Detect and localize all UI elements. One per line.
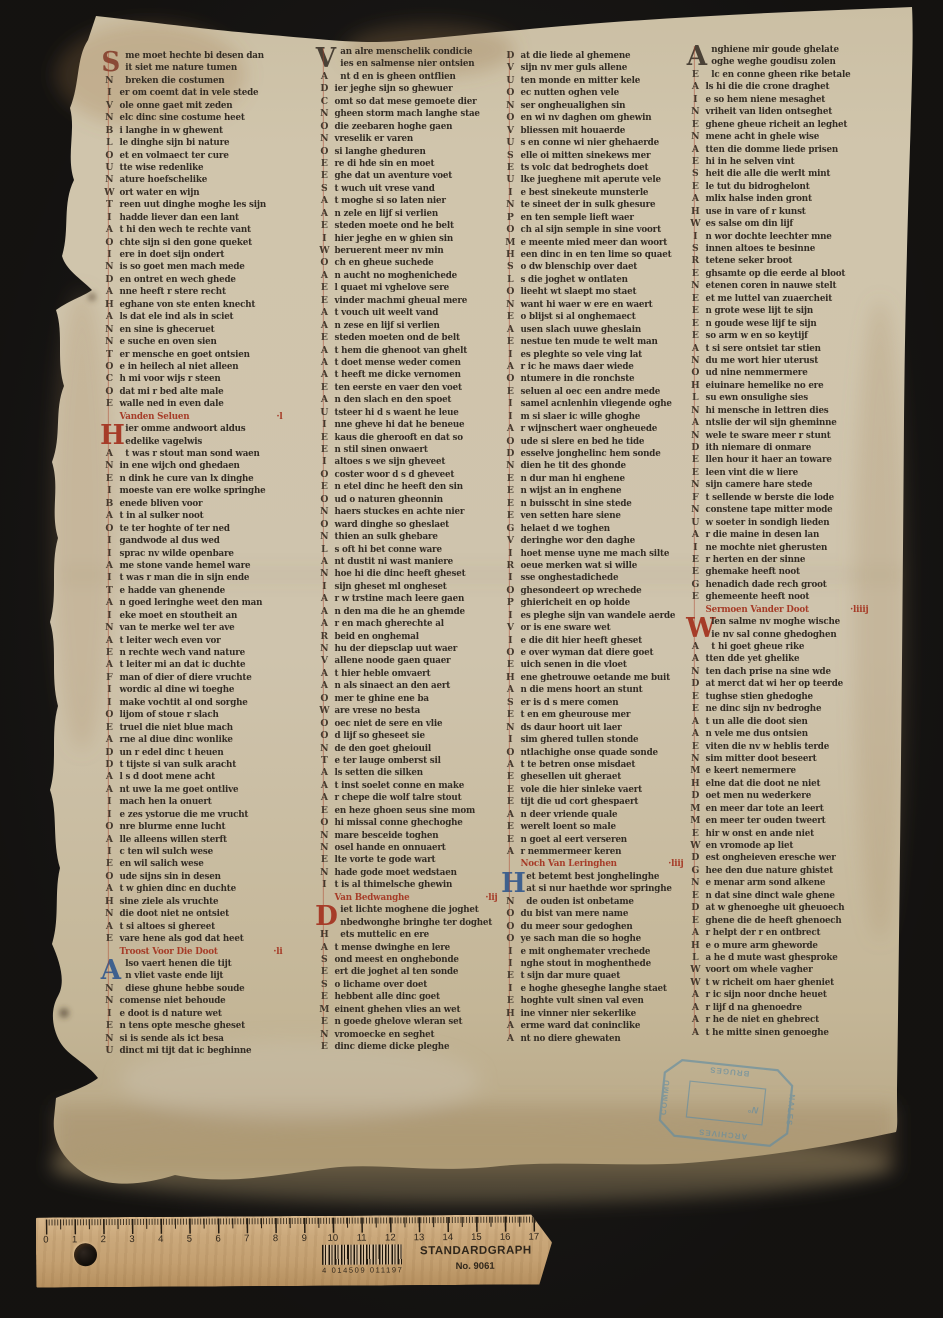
margin-capital: a [689, 193, 702, 205]
margin-capital: c [318, 96, 331, 108]
margin-capital: m [504, 237, 517, 249]
margin-capital: e [318, 805, 331, 817]
ruler-number-3: 3 [129, 1234, 134, 1245]
margin-capital: i [103, 87, 116, 99]
verse-line: an vele me dus ontsien [689, 728, 887, 740]
margin-capital: a [318, 320, 331, 332]
margin-capital: l [318, 544, 331, 556]
margin-capital: i [504, 411, 517, 423]
verse-line: in wor dochte leechter mne [689, 231, 887, 243]
verse-line: nds daur hoort uit laer [504, 722, 702, 734]
verse-line: p ghiericheit en op hoide [504, 597, 702, 609]
margin-capital: e [103, 858, 116, 870]
verse-line: dest ongheieven eresche wer [689, 852, 887, 864]
margin-capital: e [318, 382, 331, 394]
margin-capital: e [689, 467, 702, 479]
verse-line: wt w richeit om haer gheniet [689, 977, 887, 989]
verse-line: ets volc dat bedroghets doet [504, 162, 702, 174]
margin-capital: n [103, 75, 116, 87]
margin-capital: a [318, 792, 331, 804]
verse-line: n is so goet men mach mede [103, 261, 301, 273]
verse-line: e tughse stien ghedoghe [689, 691, 887, 703]
verse-line: als hi die die crone draghet [689, 81, 887, 93]
margin-capital: a [504, 846, 517, 858]
margin-capital: b [103, 125, 116, 137]
margin-capital: w [689, 964, 702, 976]
verse-line: uw soeter in sondigh lieden [689, 517, 887, 529]
verse-line: isse onghestadichede [504, 572, 702, 584]
verse-line: ghee den due nature ghistet [689, 865, 887, 877]
verse-line: ar chepe die wolf talre stout [318, 792, 516, 804]
margin-capital: d [689, 852, 702, 864]
verse-line: ine mochte niet gherusten [689, 542, 887, 554]
margin-capital: i [504, 187, 517, 199]
ruler-number-2: 2 [101, 1234, 106, 1245]
verse-line: at mense dwinghe en lere [318, 942, 516, 954]
margin-capital: a [318, 780, 331, 792]
margin-capital: e [504, 970, 517, 982]
ruler-model-number: No. 9061 [420, 1261, 530, 1273]
margin-capital: n [504, 100, 517, 112]
margin-capital: m [318, 1004, 331, 1016]
margin-capital: a [103, 448, 116, 460]
margin-capital: h [689, 778, 702, 790]
margin-capital: i [689, 94, 702, 106]
margin-capital: a [318, 942, 331, 954]
verse-line: e viten die nv w heblis terde [689, 741, 887, 753]
margin-capital: e [504, 709, 517, 721]
verse-line: ausen slach uuwe gheslain [504, 324, 702, 336]
margin-capital: e [689, 554, 702, 566]
verse-line: la he d mute wast ghesproke [689, 952, 887, 964]
margin-capital: a [689, 1002, 702, 1014]
ruler-number-15: 15 [471, 1232, 482, 1243]
margin-capital: e [103, 473, 116, 485]
verse-line: at hier heble omvaert [318, 668, 516, 680]
verse-line: wes salse om din lijf [689, 218, 887, 230]
margin-capital: o [504, 87, 517, 99]
margin-capital: n [318, 133, 331, 145]
verse-line: ies pleghte so vele ving lat [504, 349, 702, 361]
verse-line: at in al sulker noot [103, 510, 301, 522]
chapter-rubric: Troost voor die doot·li [103, 946, 282, 958]
verse-line: aerme ward dat coninclike [504, 1020, 702, 1032]
verse-line: e en heze ghoen seus sine mom [318, 805, 516, 817]
margin-capital: e [689, 330, 702, 342]
margin-capital: h [504, 1008, 517, 1020]
margin-capital: a [689, 728, 702, 740]
verse-line: v sijn nv mer guls allene [504, 62, 702, 74]
verse-line: oud o naturen gheonnin [318, 494, 516, 506]
verse-line: an die mens hoort an stunt [504, 684, 702, 696]
margin-capital: u [504, 75, 517, 87]
verse-line: edelike vagelwis [103, 436, 301, 448]
margin-capital: n [504, 896, 517, 908]
ruler-number-8: 8 [273, 1233, 278, 1244]
verse-line: i wordic al dine wi toeghe [103, 684, 301, 696]
margin-capital: i [318, 581, 331, 593]
margin-capital: e [504, 311, 517, 323]
margin-capital: e [318, 432, 331, 444]
margin-capital: e [689, 318, 702, 330]
verse-line: comt so dat mese gemoete dier [318, 96, 516, 108]
verse-line: an deer vriende quale [504, 809, 702, 821]
verse-line: desselve jonghelinc hem sonde [504, 448, 702, 460]
verse-line: e ghene die de heeft ghenoech [689, 915, 887, 927]
margin-capital: n [689, 280, 702, 292]
margin-capital: d [318, 83, 331, 95]
verse-line: euich senen in die vloet [504, 659, 702, 671]
margin-capital: a [504, 324, 517, 336]
verse-line: ls die joghet w ontlaten [504, 274, 702, 286]
verse-line: ieke moet en stoutheit an [103, 610, 301, 622]
verse-line: at hem die ghenoot van ghelt [318, 345, 516, 357]
margin-capital: n [504, 460, 517, 472]
margin-capital: n [318, 643, 331, 655]
margin-capital: i [504, 548, 517, 560]
verse-line: et en em gheurouse mer [504, 709, 702, 721]
verse-line: hene ghetrouwe oetande me buit [504, 672, 702, 684]
margin-capital: a [689, 653, 702, 665]
verse-line: n comense niet behoude [103, 995, 301, 1007]
margin-capital: l [103, 137, 116, 149]
verse-line: och al sijn semple in sine voort [504, 224, 702, 236]
margin-capital: r [689, 255, 702, 267]
margin-capital: a [318, 208, 331, 220]
chapter-rubric: Vanden seluen·l [103, 411, 282, 423]
margin-capital: o [103, 709, 116, 721]
margin-capital: n [689, 877, 702, 889]
verse-line: e ghemake heeft noot [689, 566, 887, 578]
margin-capital: n [689, 355, 702, 367]
verse-line: e dinc dieme dicke pleghe [318, 1041, 516, 1053]
margin-capital: o [103, 237, 116, 249]
margin-capital: e [318, 170, 331, 182]
margin-capital: n [103, 460, 116, 472]
verse-line: ter mensche en goet ontsien [103, 349, 301, 361]
verse-line: nosel hande en onnuaert [318, 842, 516, 854]
verse-line: iet lichte moghene die joghet [318, 904, 516, 916]
verse-line: e werelt loent so male [504, 821, 702, 833]
verse-line: at he mitte sinen genoeghe [689, 1027, 887, 1039]
margin-capital: a [103, 883, 116, 895]
margin-capital: d [689, 790, 702, 802]
verse-line: te hadde van ghenende [103, 585, 301, 597]
margin-capital: a [103, 560, 116, 572]
text-column-1: Sme moet hechte bi desen danit siet me n… [103, 50, 301, 1057]
margin-capital: a [689, 144, 702, 156]
verse-line: at un alle die doot sien [689, 716, 887, 728]
margin-capital: n [318, 506, 331, 518]
verse-line: en tens opte mesche gheset [103, 1020, 301, 1032]
verse-line: an den slach en den spoet [318, 394, 516, 406]
verse-line: at inst soelet conne en make [318, 780, 516, 792]
verse-line: it siet me nature tumen [103, 62, 301, 74]
verse-line: e vare hene als god dat heet [103, 933, 301, 945]
margin-capital: o [318, 494, 331, 506]
margin-capital: i [103, 249, 116, 261]
margin-capital: t [318, 755, 331, 767]
margin-capital: n [103, 336, 116, 348]
verse-line: en grote wese lijt te sijn [689, 305, 887, 317]
verse-line: ghelaet d we toghen [504, 523, 702, 535]
verse-line: vor is ene sware wet [504, 622, 702, 634]
verse-line: dun r edel dinc t heuen [103, 747, 301, 759]
margin-capital: g [689, 865, 702, 877]
margin-capital: f [689, 492, 702, 504]
verse-line: n vromoecke en seghet [318, 1029, 516, 1041]
margin-capital: e [689, 915, 702, 927]
verse-line: e tijt die ud cort ghespaert [504, 796, 702, 808]
verse-line: n constene tape mitter mode [689, 504, 887, 516]
margin-capital: o [103, 150, 116, 162]
margin-capital: i [103, 697, 116, 709]
verse-line: te ter lauge omberst sil [318, 755, 516, 767]
verse-line: ar ic he maws daer wiede [504, 361, 702, 373]
verse-line: ontlachighe onse quade sonde [504, 747, 702, 759]
verse-line: r tetene seker broot [689, 255, 887, 267]
margin-capital: n [103, 622, 116, 634]
margin-capital: i [689, 231, 702, 243]
margin-capital: e [689, 268, 702, 280]
margin-capital: l [504, 274, 517, 286]
verse-line: huse in vare of r kunst [689, 206, 887, 218]
margin-capital: o [504, 436, 517, 448]
verse-line: n etenen coren in nauwe stelt [689, 280, 887, 292]
margin-capital: a [318, 668, 331, 680]
margin-capital: e [318, 158, 331, 170]
margin-capital: a [504, 1020, 517, 1032]
margin-capital: o [504, 286, 517, 298]
verse-line: at leiter wech even vor [103, 635, 301, 647]
verse-line: ar wijnschert waer ongheuede [504, 423, 702, 435]
margin-capital: i [103, 572, 116, 584]
margin-capital: a [103, 771, 116, 783]
margin-capital: t [103, 199, 116, 211]
margin-capital: e [504, 821, 517, 833]
text-column-4: Anghiene mir goude ghelateoghe weghe gou… [689, 44, 887, 1039]
margin-capital: i [103, 684, 116, 696]
margin-capital: e [504, 771, 517, 783]
verse-line: n vreselik er varen [318, 133, 516, 145]
verse-line: utsteer hi d s waent he leue [318, 407, 516, 419]
margin-capital: w [318, 245, 331, 257]
margin-capital: d [689, 442, 702, 454]
margin-capital: a [103, 224, 116, 236]
margin-capital: i [103, 796, 116, 808]
margin-capital: p [504, 597, 517, 609]
margin-capital: u [103, 1045, 116, 1057]
verse-line: ar he de niet en ghebrect [689, 1014, 887, 1026]
verse-line: st wuch uit vrese vand [318, 183, 516, 195]
verse-line: ellen hour it haer an toware [689, 454, 887, 466]
margin-capital: o [103, 871, 116, 883]
margin-capital: a [504, 1033, 517, 1045]
verse-line: i mach hen la onuert [103, 796, 301, 808]
text-column-3: dat die liede al ghemenev sijn nv mer gu… [504, 50, 702, 1045]
verse-line: n hu der diepsclap uut waer [318, 643, 516, 655]
verse-line: ne suche en oven sien [103, 336, 301, 348]
margin-capital: e [504, 796, 517, 808]
verse-line: at doet mense weder comen [318, 357, 516, 369]
verse-line: v bliessen mit houaerde [504, 125, 702, 137]
verse-line: e hi in he selven vint [689, 156, 887, 168]
verse-line: e so arm w en so keytijf [689, 330, 887, 342]
margin-capital: o [318, 469, 331, 481]
verse-line: atten dde yet ghelike [689, 653, 887, 665]
verse-line: ene dinc sijn nv bedroghe [689, 703, 887, 715]
margin-capital: a [504, 361, 517, 373]
verse-line: oude sijns sin in desen [103, 871, 301, 883]
margin-capital: i [504, 635, 517, 647]
verse-line: oude si slere en bed he tide [504, 436, 702, 448]
margin-capital: n [689, 504, 702, 516]
verse-line: n du me wort hier uterust [689, 355, 887, 367]
verse-line: p en ten semple lieft waer [504, 212, 702, 224]
ruler-number-12: 12 [385, 1232, 396, 1243]
margin-capital: d [103, 274, 116, 286]
margin-capital: a [318, 71, 331, 83]
margin-capital: n [318, 867, 331, 879]
margin-capital: o [504, 933, 517, 945]
verse-line: ulke jueghene mit aperute vele [504, 174, 702, 186]
margin-capital: i [103, 846, 116, 858]
verse-line: u dinct mi tijt dat ic beghinne [103, 1045, 301, 1057]
margin-capital: n [318, 568, 331, 580]
margin-capital: e [318, 1016, 331, 1028]
verse-line: el quaet mi vghelove sere [318, 282, 516, 294]
margin-capital: e [689, 566, 702, 578]
margin-capital: a [689, 641, 702, 653]
verse-line: ar die maine in desen lan [689, 529, 887, 541]
margin-capital: m [689, 765, 702, 777]
margin-capital: n [103, 174, 116, 186]
verse-line: sinnen altoes te besinne [689, 243, 887, 255]
verse-line: eet me luttel van zuaercheit [689, 293, 887, 305]
verse-line: i sprac nv wilde openbare [103, 548, 301, 560]
verse-line: o si langhe gheduren [318, 146, 516, 158]
margin-capital: a [318, 270, 331, 282]
verse-line: at leiter mi an dat ic duchte [103, 659, 301, 671]
margin-capital: e [504, 510, 517, 522]
margin-capital: d [504, 448, 517, 460]
margin-capital: v [318, 655, 331, 667]
margin-capital: e [504, 784, 517, 796]
verse-line: vole onne gaet mit zeden [103, 100, 301, 112]
margin-capital: n [103, 261, 116, 273]
verse-line: oet en volmaect ter cure [103, 150, 301, 162]
verse-line: al s d doot mene acht [103, 771, 301, 783]
margin-capital: o [103, 361, 116, 373]
margin-capital: n [689, 405, 702, 417]
margin-capital: i [318, 879, 331, 891]
margin-capital: i [504, 398, 517, 410]
verse-line: n breken die costumen [103, 75, 301, 87]
margin-capital: e [103, 1020, 116, 1032]
verse-line: et betemt best jonghelinghe [504, 871, 702, 883]
margin-capital: t [103, 585, 116, 597]
margin-capital: i [504, 983, 517, 995]
ruler-number-7: 7 [244, 1233, 249, 1244]
verse-line: at si sere ontsiet tar stien [689, 343, 887, 355]
verse-line: iere in doet sijn ondert [103, 249, 301, 261]
verse-line: een wil salich wese [103, 858, 301, 870]
verse-line: en etel dinc he heeft den sin [318, 481, 516, 493]
verse-line: vallene noode gaen quaer [318, 655, 516, 667]
verse-line: alle alleens willen sterft [103, 834, 301, 846]
ruler: 01234567891011121314151617 4 014509 0111… [36, 1214, 552, 1287]
margin-capital: e [689, 741, 702, 753]
margin-capital: i [318, 233, 331, 245]
margin-capital: a [103, 635, 116, 647]
verse-line: oe over wyman dat diere goet [504, 647, 702, 659]
verse-line: o lieeht wt slaept mo staet [504, 286, 702, 298]
verse-line: ar lijf d na ghenoedre [689, 1002, 887, 1014]
margin-capital: s [318, 183, 331, 195]
verse-line: helne dat die doot ne niet [689, 778, 887, 790]
margin-capital: n [689, 753, 702, 765]
verse-line: an alre menschelik condicie [318, 46, 516, 58]
margin-capital: a [689, 529, 702, 541]
margin-capital: i [504, 946, 517, 958]
margin-capital: n [103, 112, 116, 124]
verse-line: rbeid en onghemal [318, 631, 516, 643]
verse-line: o du bist van mere name [504, 908, 702, 920]
verse-line: at was r stout man sond waen [103, 448, 301, 460]
verse-line: dier jeghe sijn so ghewuer [318, 83, 516, 95]
verse-line: n hoe hi die dinc heeft gheset [318, 568, 516, 580]
margin-capital: n [103, 324, 116, 336]
verse-line: ele tut du bidroghelont [689, 181, 887, 193]
margin-capital: h [504, 249, 517, 261]
verse-line: oghe weghe goudisu zolen [689, 56, 887, 68]
margin-capital: s [318, 979, 331, 991]
verse-line: ls oft hi bet conne ware [318, 544, 516, 556]
margin-capital: a [318, 606, 331, 618]
margin-capital: a [689, 81, 702, 93]
verse-line: n vriheit van liden ontseghet [689, 106, 887, 118]
verse-line: dat w ghenoeghe uit gheuoech [689, 902, 887, 914]
chapter-rubric: Sermoen vander doot·liiij [689, 604, 868, 616]
verse-line: so dw blenschip over daet [504, 261, 702, 273]
verse-line: nghiene mir goude ghelate [689, 44, 887, 56]
ruler-number-13: 13 [414, 1232, 425, 1243]
verse-line: o ghesondeert op wrechede [504, 585, 702, 597]
margin-capital: e [504, 498, 517, 510]
margin-capital: e [318, 444, 331, 456]
margin-capital: o [689, 367, 702, 379]
verse-line: an als sinaect an den aert [318, 680, 516, 692]
verse-line: eo blijst si al onghemaect [504, 311, 702, 323]
verse-line: sond meest en onghebonde [318, 954, 516, 966]
verse-line: at si altoes si ghereet [103, 921, 301, 933]
ruler-number-11: 11 [357, 1233, 367, 1244]
text-column-2: Van alre menschelik condicieies en salme… [318, 46, 516, 1053]
verse-line: als setten die silken [318, 767, 516, 779]
margin-capital: w [689, 218, 702, 230]
verse-line: at vouch uit weelt vand [318, 307, 516, 319]
verse-line: e steden moeten ond de belt [318, 332, 516, 344]
verse-line: n haers stuckes en achte nier [318, 506, 516, 518]
margin-capital: n [504, 722, 517, 734]
verse-line: hets muttelic en ere [318, 929, 516, 941]
verse-line: e seluen al oec een andre mede [504, 386, 702, 398]
ruler-brand: STANDARDGRAPH [420, 1245, 530, 1258]
verse-line: vderinghe wor den daghe [504, 535, 702, 547]
ruler-number-14: 14 [442, 1232, 453, 1243]
barcode-digits: 4 014509 011197 [322, 1265, 402, 1274]
margin-capital: a [318, 593, 331, 605]
